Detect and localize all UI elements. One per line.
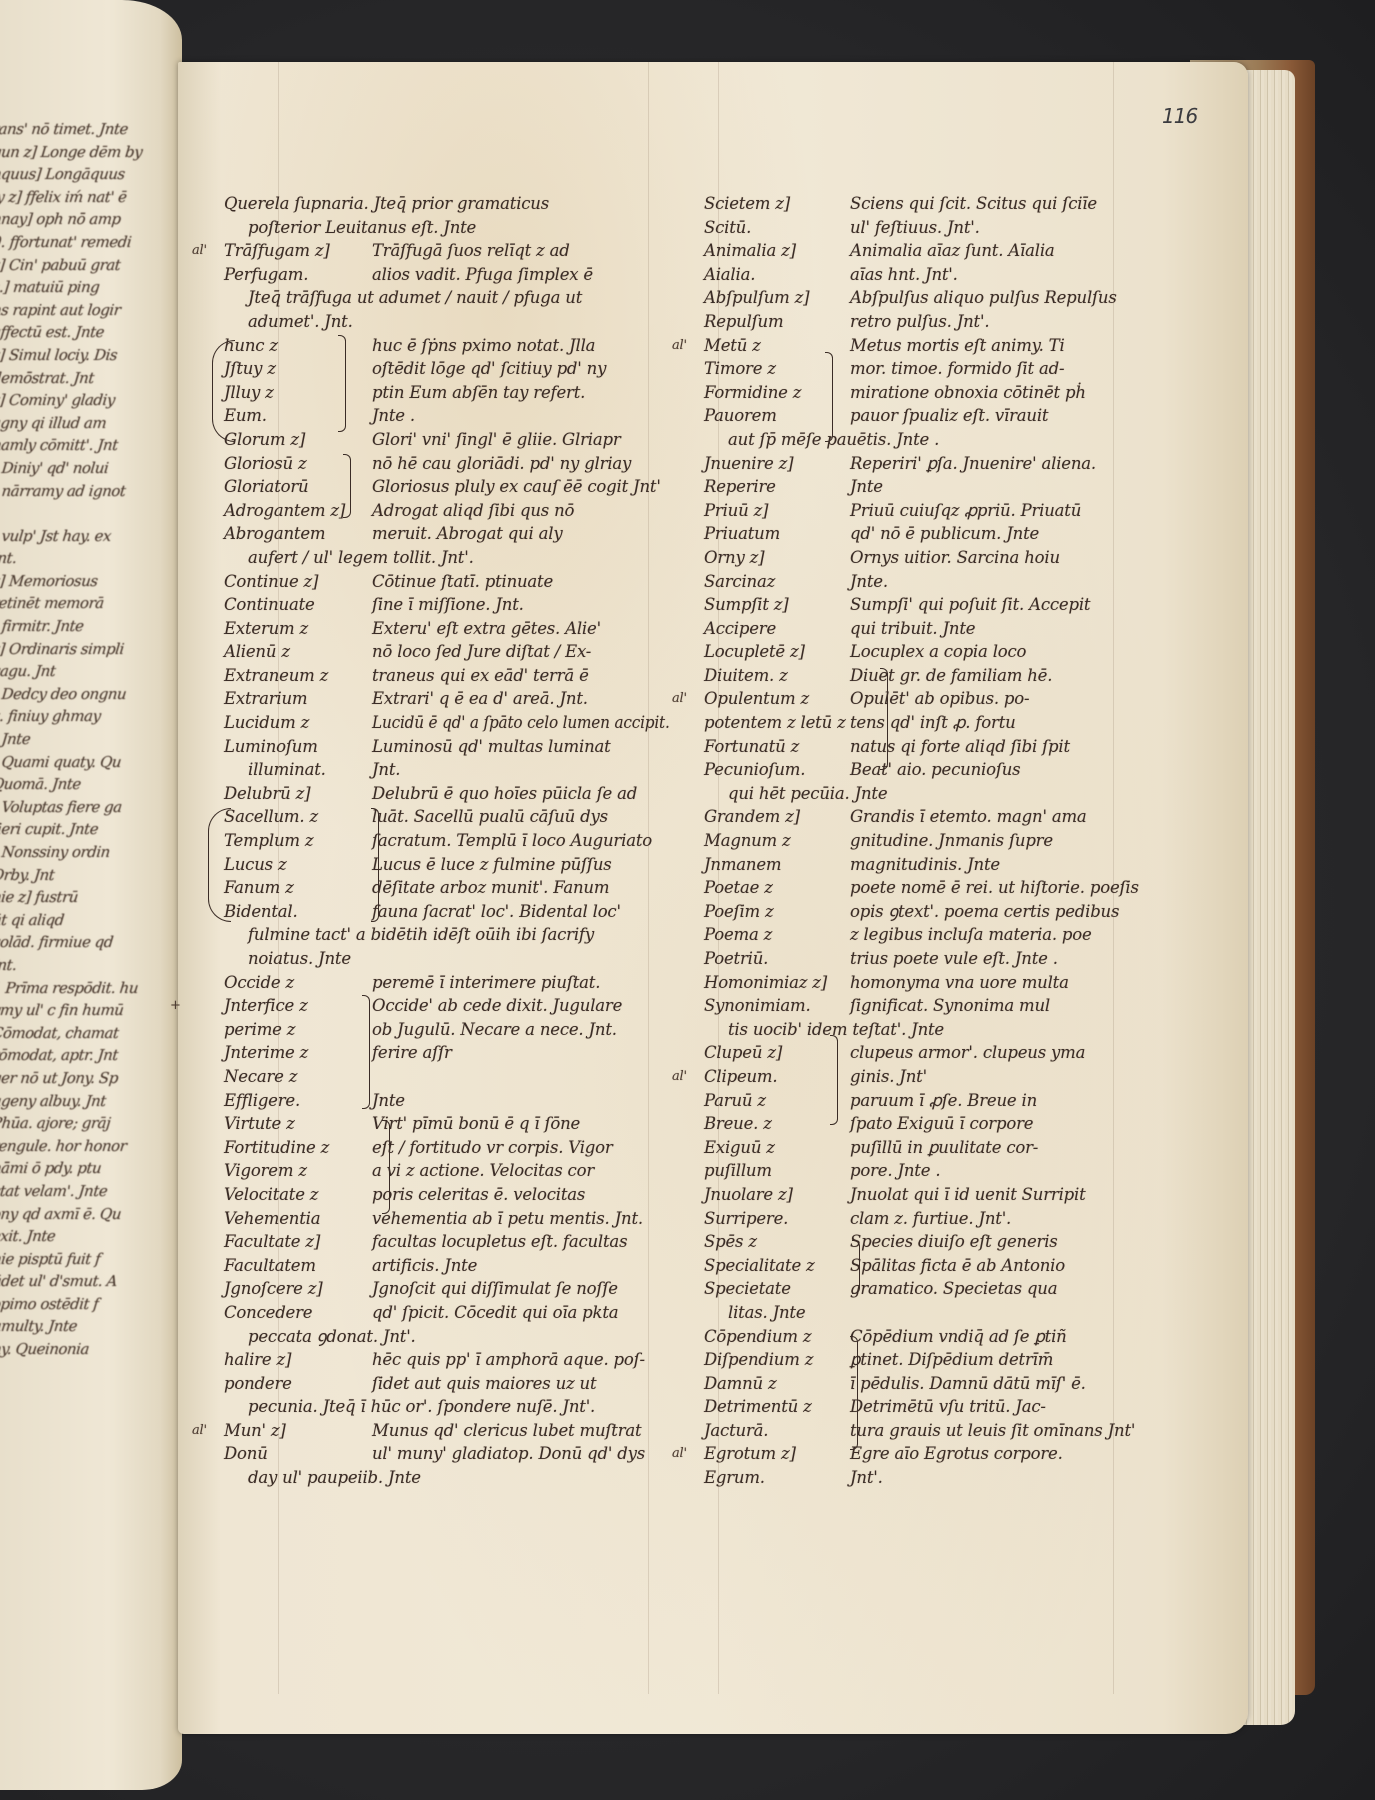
headword: Continue z] <box>224 570 318 594</box>
manuscript-line: Effligere.Jnte <box>200 1089 670 1113</box>
gloss-text: Reperiri' ꝑſa. Jnuenire' aliena. <box>850 452 1096 476</box>
continuation-text: qui hēt pecūia. Jnte <box>728 782 887 806</box>
headword: Lucus z <box>224 853 286 877</box>
manuscript-line: halire z]hēc quis pp' ī amphorā aque. po… <box>200 1348 670 1372</box>
headword: Mun' z] <box>224 1419 286 1443</box>
verso-line: demō̄strat. Jnt <box>0 367 182 390</box>
headword: Facultate z] <box>224 1230 320 1254</box>
gloss-text: huc ē ſṗns pximo notat. Jlla <box>372 334 595 358</box>
gloss-text: Munus qd' clericus lubet muſtrat <box>372 1419 642 1443</box>
manuscript-line: Animalia z]Animalia aīaz ſunt. Aīalia <box>680 239 1150 263</box>
gloss-text: ob Jugulū. Necare a nece. Jnt. <box>372 1018 617 1042</box>
manuscript-line: Breue. zſpato Exiguū ī corpore <box>680 1112 1150 1136</box>
manuscript-line: Sumpſit z]Sumpſi' qui poſuit ſit. Accepi… <box>680 593 1150 617</box>
verso-line: agny qi illud am <box>0 412 182 435</box>
headword: Concedere <box>224 1301 312 1325</box>
continuation-text: litas. Jnte <box>728 1301 805 1325</box>
manuscript-line: Poeſim zopis ꝯtext'. poema certis pedibu… <box>680 900 1150 924</box>
manuscript-line: Aialia.aīas hnt. Jnt'. <box>680 263 1150 287</box>
manuscript-line: pecunia. Jteq̄ ī hūc or'. ſpondere nuſē.… <box>200 1395 670 1419</box>
headword: Magnum z <box>704 829 791 853</box>
verso-line: vagu. Jnt <box>0 660 182 683</box>
manuscript-line: Fortitudine zeſt / fortitudo vr corpis. … <box>200 1136 670 1160</box>
manuscript-line: Damnū zī pēdulis. Damnū dātū mīſ' ē. <box>680 1372 1150 1396</box>
bracket <box>371 808 379 922</box>
headword: Bidental. <box>224 900 298 924</box>
headword: Diſpendium z <box>704 1348 813 1372</box>
gloss-text: fauna ſacrat' loc'. Bidental loc' <box>372 900 621 924</box>
headword: Exiguū z <box>704 1136 775 1160</box>
verso-line: ger nō ut Jony. Sp <box>0 1067 182 1090</box>
headword: Specietate <box>704 1277 791 1301</box>
verso-line: nnay] oph nō̄ amp <box>0 208 182 231</box>
headword: Adrogantem z] <box>224 499 345 523</box>
gloss-text: Egre aīo Egrotus corpore. <box>850 1442 1063 1466</box>
gloss-text: Cōtinue ſtatī. ptinuate <box>372 570 553 594</box>
verso-line: ] Dedcy deo ongnu <box>0 683 182 706</box>
manuscript-line: Abrogantemmeruit. Abrogat qui aly <box>200 522 670 546</box>
gloss-text: Ornys uitior. Sarcina hoiu <box>850 546 1060 570</box>
gloss-text: Jgnoſcit qui diſſimulat ſe noſſe <box>372 1277 618 1301</box>
gloss-text: tura grauis ut leuis ſit omīnans Jnt' <box>850 1419 1135 1443</box>
manuscript-line: Facultate z]facultas locupletus eſt. fac… <box>200 1230 670 1254</box>
headword: Poetae z <box>704 876 773 900</box>
gloss-text: Detrimētū vſu tritū. Jac- <box>850 1395 1046 1419</box>
right-text-column: Scietem z]Sciens qui ſcit. Scitus qui ſc… <box>680 192 1150 1490</box>
continuation-text: day ul' paupeiib. Jnte <box>248 1466 421 1490</box>
grouping-brace <box>212 340 235 442</box>
gloss-text: gramatico. Specietas qua <box>850 1277 1057 1301</box>
gloss-text: trius poete vule eſt. Jnte . <box>850 947 1058 971</box>
verso-line: rengule. hor honor <box>0 1135 182 1158</box>
headword: Surripere. <box>704 1207 788 1231</box>
headword: Pauorem <box>704 404 777 428</box>
headword: Priuatum <box>704 522 780 546</box>
headword: Sacellum. z <box>224 805 318 829</box>
manuscript-line: aut ſp̄ mēſe pauētis. Jnte . <box>680 428 1150 452</box>
verso-line: retinēt memorā <box>0 592 182 615</box>
manuscript-line: Bidental.fauna ſacrat' loc'. Bidental lo… <box>200 900 670 924</box>
headword: Jnterime z <box>224 1041 308 1065</box>
headword: Jgnoſcere z] <box>224 1277 322 1301</box>
headword: Effligere. <box>224 1089 300 1113</box>
verso-line: ns rapint aut logir <box>0 299 182 322</box>
manuscript-line: Acciperequi tribuit. Jnte <box>680 617 1150 641</box>
headword: puſillum <box>704 1159 772 1183</box>
gloss-text: qd' nō ē publicum. Jnte <box>850 522 1039 546</box>
gloss-text: luāt. Sacellū pualū cāſuū dys <box>372 805 608 829</box>
headword: Templum z <box>224 829 313 853</box>
manuscript-line: Locupletē z]Locuplex a copia loco <box>680 640 1150 664</box>
manuscript-line: Scietem z]Sciens qui ſcit. Scitus qui ſc… <box>680 192 1150 216</box>
gloss-text: dēſitate arboz munit'. Fanum <box>372 876 609 900</box>
manuscript-line: Concedereqd' ſpicit. Cōcedit qui oīa pkt… <box>200 1301 670 1325</box>
bracket <box>825 352 833 442</box>
gloss-text: ul' muny' gladiatop. Donū qd' dys <box>372 1442 645 1466</box>
gloss-text: Jnte. <box>850 570 888 594</box>
gloss-text: Jnte <box>850 475 883 499</box>
manuscript-line: Vigorem za vi z actione. Velocitas cor <box>200 1159 670 1183</box>
gloss-text: eſt / fortitudo vr corpis. Vigor <box>372 1136 613 1160</box>
manuscript-line: Scitū.ul' feſtiuus. Jnt'. <box>680 216 1150 240</box>
manuscript-line: Necare z <box>200 1065 670 1089</box>
gloss-text: facultas locupletus eſt. facultas <box>372 1230 627 1254</box>
gloss-text: Animalia aīaz ſunt. Aīalia <box>850 239 1055 263</box>
headword: Jnmanem <box>704 853 781 877</box>
gloss-text: nō loco ſed Jure diſtat / Ex- <box>372 640 591 664</box>
manuscript-line: tis uocib' idem teſtat'. Jnte <box>680 1018 1150 1042</box>
verso-line: z] Memoriosus <box>0 570 182 593</box>
manuscript-line: hunc zhuc ē ſṗns pximo notat. Jlla <box>200 334 670 358</box>
gloss-text: oſtēdit lōge qd' ſcitiuy pd' ny <box>372 357 606 381</box>
gloss-text: Sumpſi' qui poſuit ſit. Accepit <box>850 593 1090 617</box>
manuscript-line: Priuatumqd' nō ē publicum. Jnte <box>680 522 1150 546</box>
manuscript-line: LuminoſumLuminosū qd' multas luminat <box>200 735 670 759</box>
gloss-text: homonyma vna uore multa <box>850 971 1069 995</box>
manuscript-line: al'Trāſfugam z]Trāſfugā ſuos relīqt z ad <box>200 239 670 263</box>
headword: Fanum z <box>224 876 294 900</box>
manuscript-line: +Jnterfice zOccide' ab cede dixit. Jugul… <box>200 994 670 1018</box>
gloss-text: vehementia ab ī petu mentis. Jnt. <box>372 1207 643 1231</box>
headword: Extrarium <box>224 687 307 711</box>
gloss-text: Luminosū qd' multas luminat <box>372 735 611 759</box>
manuscript-line: Eum.Jnte . <box>200 404 670 428</box>
manuscript-line: Repulſumretro pulſus. Jnt'. <box>680 310 1150 334</box>
continuation-text: aufert / ul' legem tollit. Jnt'. <box>248 546 474 570</box>
verso-line: z] Cominy' gladiy <box>0 389 182 412</box>
manuscript-line: Lucus zLucus ē luce z fulmine pūſſus <box>200 853 670 877</box>
verso-line: z. finiuy ghmay <box>0 705 182 728</box>
verso-line: nā̄mi ō pdy. ptu <box>0 1157 182 1180</box>
marginal-note: al' <box>192 239 207 263</box>
manuscript-line: perime zob Jugulū. Necare a nece. Jnt. <box>200 1018 670 1042</box>
marginal-note: al' <box>672 1065 687 1089</box>
manuscript-line: Perfugam.alios vadit. Pfuga ſimplex ē <box>200 263 670 287</box>
verso-line: affectū est. Jnte <box>0 321 182 344</box>
manuscript-line: potentem z letū ztens qd' inſt ꝓ. fortu <box>680 711 1150 735</box>
headword: Glorum z] <box>224 428 305 452</box>
bracket <box>362 995 370 1109</box>
manuscript-line: Lucidum zLucidū ē qd' a ſpāto celo lumen… <box>200 711 670 735</box>
manuscript-line: Specialitate zSpālitas ficta ē ab Antoni… <box>680 1254 1150 1278</box>
gloss-text: qd' ſpicit. Cōcedit qui oīa pkta <box>372 1301 618 1325</box>
verso-line: 9. ffortunat' remedi <box>0 231 182 254</box>
gloss-text: paruum ī ꝓſe. Breue in <box>850 1089 1037 1113</box>
manuscript-line: Detrimentū zDetrimētū vſu tritū. Jac- <box>680 1395 1150 1419</box>
headword: Egrum. <box>704 1466 765 1490</box>
verso-line: z] Ordinaris simpli <box>0 638 182 661</box>
manuscript-line: Jnuenire z]Reperiri' ꝑſa. Jnuenire' alie… <box>680 452 1150 476</box>
manuscript-line: Pauorempauor ſpualiz eſt. vīrauit <box>680 404 1150 428</box>
manuscript-line: Templum zſacratum. Templū ī loco Auguria… <box>200 829 670 853</box>
headword: Delubrū z] <box>224 782 310 806</box>
gloss-text: clupeus armor'. clupeus yma <box>850 1041 1085 1065</box>
bracket <box>338 335 346 432</box>
headword: Sumpſit z] <box>704 593 789 617</box>
manuscript-line: day ul' paupeiib. Jnte <box>200 1466 670 1490</box>
continuation-text: adumet'. Jnt. <box>248 310 353 334</box>
gloss-text: ꝑtinet. Diſpēdium detrīm̄ <box>850 1348 1053 1372</box>
manuscript-line: SarcinazJnte. <box>680 570 1150 594</box>
gloss-text: ſidet aut quis maiores uz ut <box>372 1372 596 1396</box>
verso-line: z] Cin' pabuū grat <box>0 254 182 277</box>
gloss-text: Species diuiſo eſt generis <box>850 1230 1058 1254</box>
verso-line: ] Quami quaty. Qu <box>0 751 182 774</box>
manuscript-line: poſterior Leuitanus eſt. Jnte <box>200 216 670 240</box>
gloss-text: z legibus incluſa materia. poe <box>850 923 1092 947</box>
gloss-text: ſignificat. Synonima mul <box>850 994 1050 1018</box>
gloss-text: pauor ſpualiz eſt. vīrauit <box>850 404 1048 428</box>
verso-line: Cōmodat, chamat <box>0 1022 182 1045</box>
gloss-text: puſillū in ꝑuulitate cor- <box>850 1136 1038 1160</box>
verso-line: volād. firmiue qd <box>0 931 182 954</box>
manuscript-line: Querela ſupnaria. Jteq̄ prior gramaticus <box>200 192 670 216</box>
manuscript-line: Jnterime zferire aſſr <box>200 1041 670 1065</box>
verso-line: exit. Jnte <box>0 1225 182 1248</box>
continuation-text: Jteq̄ trāſfuga ut adumet / nauit / pfuga… <box>248 286 582 310</box>
continuation-text: illuminat. <box>248 758 326 782</box>
verso-line: Jnt. <box>0 547 182 570</box>
gloss-text: Jnte <box>372 1089 405 1113</box>
verso-line: ctat velam'. Jnte <box>0 1180 182 1203</box>
manuscript-line: Cōpendium zCōpēdium vndiq̄ ad ſe ꝑtiñ <box>680 1325 1150 1349</box>
verso-line: ugeny albuy. Jnt <box>0 1090 182 1113</box>
headword: Fortunatū z <box>704 735 799 759</box>
headword: Querela ſupnaria. Jteq̄ prior gramaticus <box>224 192 549 216</box>
headword: Egrotum z] <box>704 1442 796 1466</box>
manuscript-line: Poetriū.trius poete vule eſt. Jnte . <box>680 947 1150 971</box>
continuation-text: fulmine tact' a bidētih idēſt oūih ibi ſ… <box>248 923 594 947</box>
manuscript-line: Synonimiam.ſignificat. Synonima mul <box>680 994 1150 1018</box>
verso-line: umulty. Jnte <box>0 1315 182 1338</box>
gloss-text: gnitudine. Jnmanis ſupre <box>850 829 1053 853</box>
headword: Orny z] <box>704 546 764 570</box>
headword: potentem z letū z <box>704 711 846 735</box>
gloss-text: Metus mortis eſt animy. Ti <box>850 334 1065 358</box>
headword: Diuitem. z <box>704 664 788 688</box>
manuscript-line: Spēs zSpecies diuiſo eſt generis <box>680 1230 1150 1254</box>
headword: Formidine z <box>704 381 801 405</box>
headword: Specialitate z <box>704 1254 815 1278</box>
manuscript-line: Exiguū zpuſillū in ꝑuulitate cor- <box>680 1136 1150 1160</box>
verso-line: gun z] Longe dēm by <box>0 141 182 164</box>
headword: Homonimiaz z] <box>704 971 827 995</box>
gloss-text: tens qd' inſt ꝓ. fortu <box>850 711 1016 735</box>
marginal-note: al' <box>672 687 687 711</box>
manuscript-line: ExtrariumExtrari' q ē ea d' areā. Jnt. <box>200 687 670 711</box>
headword: Repulſum <box>704 310 783 334</box>
manuscript-line: Gloriosū znō hē cau gloriādi. pd' ny glr… <box>200 452 670 476</box>
gloss-text: mor. timoe. formido ſit ad- <box>850 357 1064 381</box>
verso-line: ] Voluptas fiere ga <box>0 796 182 819</box>
manuscript-line: Adrogantem z]Adrogat aliqd ſibi qus nō <box>200 499 670 523</box>
verso-line: ny. Queinonia <box>0 1338 182 1361</box>
verso-line: 1 Prīma respōdit. hu <box>0 977 182 1000</box>
headword: Synonimiam. <box>704 994 811 1018</box>
bracket <box>830 1035 838 1125</box>
marginal-note: al' <box>192 1419 207 1443</box>
gloss-text: ul' feſtiuus. Jnt'. <box>850 216 980 240</box>
marginal-note: + <box>170 994 181 1018</box>
gloss-text: ſine ī miſſione. Jnt. <box>372 593 524 617</box>
manuscript-line: Egrum.Jnt'. <box>680 1466 1150 1490</box>
gloss-text: miratione obnoxia cōtinēt pḣ <box>850 381 1086 405</box>
headword: Animalia z] <box>704 239 796 263</box>
gloss-text: qui tribuit. Jnte <box>850 617 975 641</box>
manuscript-line: Jſtuy zoſtēdit lōge qd' ſcitiuy pd' ny <box>200 357 670 381</box>
manuscript-line: Occide zperemē ī interimere piuſtat. <box>200 971 670 995</box>
manuscript-line: aufert / ul' legem tollit. Jnt'. <box>200 546 670 570</box>
headword: Alienū z <box>224 640 290 664</box>
manuscript-line: Donūul' muny' gladiatop. Donū qd' dys <box>200 1442 670 1466</box>
headword: Virtute z <box>224 1112 295 1136</box>
manuscript-line: al'Egrotum z]Egre aīo Egrotus corpore. <box>680 1442 1150 1466</box>
gloss-text: Opulēt' ab opibus. po- <box>850 687 1029 711</box>
verso-line: Quomā. Jnte <box>0 773 182 796</box>
headword: Clupeū z] <box>704 1041 782 1065</box>
headword: Opulentum z <box>704 687 809 711</box>
manuscript-line: Poetae zpoete nomē ē rei. ut hiſtorie. p… <box>680 876 1150 900</box>
manuscript-line: Glorum z]Glori' vni' ſingl' ē gliie. Glr… <box>200 428 670 452</box>
headword: Priuū z] <box>704 499 768 523</box>
gloss-text: Grandis ī etemto. magn' ama <box>850 805 1087 829</box>
headword: Poeſim z <box>704 900 774 924</box>
manuscript-line: Diuitem. zDiuet gr. de familiam hē. <box>680 664 1150 688</box>
headword: perime z <box>224 1018 295 1042</box>
gloss-text: meruit. Abrogat qui aly <box>372 522 562 546</box>
gloss-text: Delubrū ē quo hoīes pūicla ſe ad <box>372 782 637 806</box>
headword: Gloriatorū <box>224 475 308 499</box>
verso-page-fragment: rans' nō timet. Jntegun z] Longe dēm byn… <box>0 0 182 1790</box>
gloss-text: Trāſfugā ſuos relīqt z ad <box>372 239 570 263</box>
headword: Vigorem z <box>224 1159 307 1183</box>
gloss-text: nō hē cau gloriādi. pd' ny glriay <box>372 452 631 476</box>
continuation-text: noiatus. Jnte <box>248 947 351 971</box>
manuscript-line: Surripere.clam z. furtiue. Jnt'. <box>680 1207 1150 1231</box>
manuscript-line: GloriatorūGloriosus pluly ex cauſ ēē cog… <box>200 475 670 499</box>
headword: Spēs z <box>704 1230 757 1254</box>
verso-line: ony qd axmī ē. Qu <box>0 1203 182 1226</box>
headword: Pecunioſum. <box>704 758 805 782</box>
gloss-text: poris celeritas ē. velocitas <box>372 1183 585 1207</box>
manuscript-line: Jgnoſcere z]Jgnoſcit qui diſſimulat ſe n… <box>200 1277 670 1301</box>
gloss-text: ſacratum. Templū ī loco Auguriato <box>372 829 652 853</box>
headword: Trāſfugam z] <box>224 239 330 263</box>
headword: Fortitudine z <box>224 1136 329 1160</box>
gloss-text: Lucidū ē qd' a ſpāto celo lumen accipit. <box>372 711 670 735</box>
headword: Velocitate z <box>224 1183 318 1207</box>
manuscript-line: al'Clipeum.ginis. Jnt' <box>680 1065 1150 1089</box>
headword: Lucidum z <box>224 711 309 735</box>
grouping-brace <box>208 808 231 922</box>
verso-line: ] nārramy ad ignot <box>0 480 182 503</box>
manuscript-line: Fanum zdēſitate arboz munit'. Fanum <box>200 876 670 900</box>
verso-line: Phūa. ajore; grāj <box>0 1112 182 1135</box>
manuscript-line: Vehementiavehementia ab ī petu mentis. J… <box>200 1207 670 1231</box>
gloss-text: Sciens qui ſcit. Scitus qui ſciīe <box>850 192 1097 216</box>
verso-line: s.] matuiū ping <box>0 276 182 299</box>
gloss-text: Beat' aio. pecunioſus <box>850 758 1020 782</box>
verso-line: ] Nonssiny ordin <box>0 841 182 864</box>
headword: Facultatem <box>224 1254 316 1278</box>
manuscript-line: Exterum zExteru' eſt extra gētes. Alie' <box>200 617 670 641</box>
verso-line: nie pisptū fuit f <box>0 1248 182 1271</box>
manuscript-line: adumet'. Jnt. <box>200 310 670 334</box>
verso-line: opimo ostēdit f <box>0 1293 182 1316</box>
gloss-text: peremē ī interimere piuſtat. <box>372 971 600 995</box>
left-text-column: Querela ſupnaria. Jteq̄ prior gramaticus… <box>200 192 670 1490</box>
gloss-text: Gloriosus pluly ex cauſ ēē cogit Jnt' <box>372 475 661 499</box>
verso-line: ] vulp' Jst hay. ex <box>0 525 182 548</box>
gloss-text: Occide' ab cede dixit. Jugulare <box>372 994 622 1018</box>
manuscript-line: Formidine zmiratione obnoxia cōtinēt pḣ <box>680 381 1150 405</box>
manuscript-line: Jteq̄ trāſfuga ut adumet / nauit / pfuga… <box>200 286 670 310</box>
headword: Locupletē z] <box>704 640 805 664</box>
gloss-text: opis ꝯtext'. poema certis pedibus <box>850 900 1119 924</box>
bracket <box>852 1240 860 1294</box>
gloss-text: Locuplex a copia loco <box>850 640 1026 664</box>
manuscript-line: puſillumpore. Jnte . <box>680 1159 1150 1183</box>
gloss-text: pore. Jnte . <box>850 1159 940 1183</box>
manuscript-line: Orny z]Ornys uitior. Sarcina hoiu <box>680 546 1150 570</box>
headword: Cōpendium z <box>704 1325 811 1349</box>
verso-line: ] Diniy' qd' nolui <box>0 457 182 480</box>
manuscript-line: Specietategramatico. Specietas qua <box>680 1277 1150 1301</box>
gloss-text: Jnte . <box>372 404 415 428</box>
verso-line: Orby. Jnt <box>0 864 182 887</box>
verso-text: rans' nō timet. Jntegun z] Longe dēm byn… <box>0 118 182 1361</box>
gloss-text: Priuū cuiuſqz ꝓpriū. Priuatū <box>850 499 1081 523</box>
gloss-text: Exteru' eſt extra gētes. Alie' <box>372 617 601 641</box>
verso-line: nquus] Longāquus <box>0 163 182 186</box>
verso-line: rōmodat, aptr. Jnt <box>0 1044 182 1067</box>
headword: Jnterfice z <box>224 994 308 1018</box>
verso-line: rans' nō timet. Jnte <box>0 118 182 141</box>
manuscript-line: Jlluy zptin Eum abſēn tay refert. <box>200 381 670 405</box>
headword: Accipere <box>704 617 776 641</box>
gloss-text: Glori' vni' ſingl' ē gliie. Glriapr <box>372 428 621 452</box>
headword: Extraneum z <box>224 664 328 688</box>
headword: Metū z <box>704 334 761 358</box>
gloss-text: ferire aſſr <box>372 1041 452 1065</box>
bracket <box>382 1120 390 1214</box>
gloss-text: ptin Eum abſēn tay refert. <box>372 381 585 405</box>
headword: Perfugam. <box>224 263 308 287</box>
manuscript-line: Grandem z]Grandis ī etemto. magn' ama <box>680 805 1150 829</box>
gloss-text: Cōpēdium vndiq̄ ad ſe ꝑtiñ <box>850 1325 1067 1349</box>
manuscript-line: Continue z]Cōtinue ſtatī. ptinuate <box>200 570 670 594</box>
headword: Paruū z <box>704 1089 766 1113</box>
manuscript-line: ReperireJnte <box>680 475 1150 499</box>
gloss-text: Abſpulſus aliquo pulſus Repulſus <box>850 286 1117 310</box>
gloss-text: hēc quis pp' ī amphorā aque. poſ- <box>372 1348 645 1372</box>
manuscript-line: Diſpendium zꝑtinet. Diſpēdium detrīm̄ <box>680 1348 1150 1372</box>
gloss-text: Jnt'. <box>850 1466 883 1490</box>
folio-number: 116 <box>1162 104 1197 128</box>
headword: pondere <box>224 1372 292 1396</box>
headword: Timore z <box>704 357 776 381</box>
verso-line: t firmitr. Jnte <box>0 615 182 638</box>
bracket <box>880 668 888 770</box>
gloss-text: Jnuolat qui ī id uenit Surripit <box>850 1183 1086 1207</box>
manuscript-line: peccata ꝯdonat. Jnt'. <box>200 1325 670 1349</box>
bracket <box>343 454 351 518</box>
manuscript-line: Magnum zgnitudine. Jnmanis ſupre <box>680 829 1150 853</box>
headword: Grandem z] <box>704 805 800 829</box>
headword: Abſpulſum z] <box>704 286 809 310</box>
manuscript-line: Continuateſine ī miſſione. Jnt. <box>200 593 670 617</box>
manuscript-line: Delubrū z]Delubrū ē quo hoīes pūicla ſe … <box>200 782 670 806</box>
